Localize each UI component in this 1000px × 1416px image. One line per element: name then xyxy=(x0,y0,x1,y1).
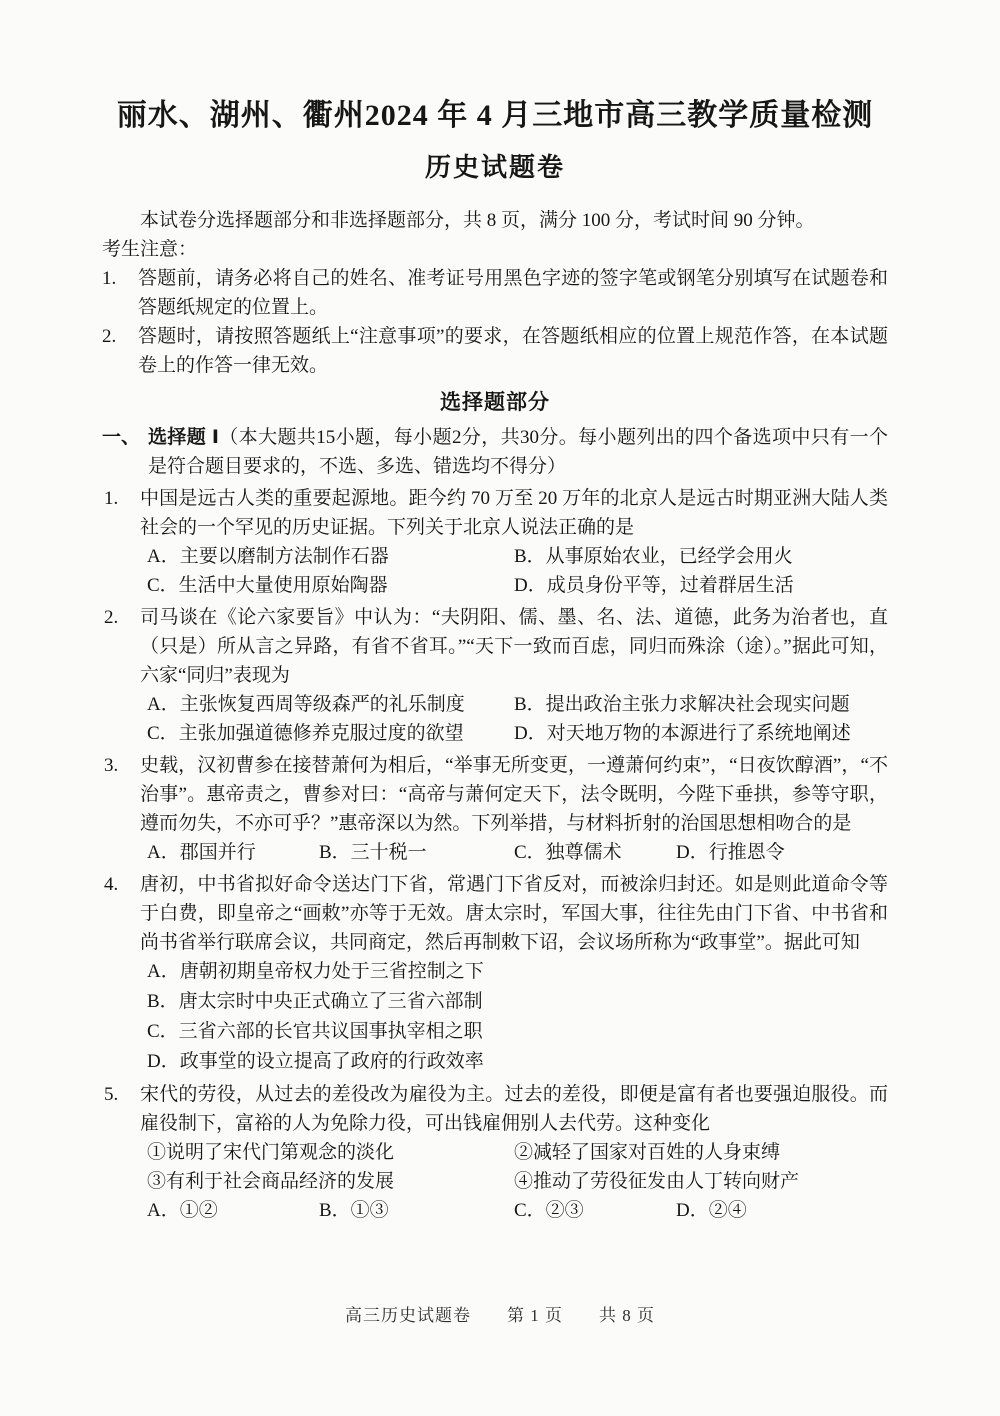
question-5: 5. 宋代的劳役，从过去的差役改为雇役为主。过去的差役，即便是富有者也要强迫服役… xyxy=(102,1080,888,1225)
section-label: 选择题 Ⅰ xyxy=(148,427,219,448)
question-body: 唐初，中书省拟好命令送达门下省，常遇门下省反对，而被涂归封还。如是则此道命令等于… xyxy=(140,870,888,1077)
candidate-notice: 考生注意： 1. 答题前，请务必将自己的姓名、准考证号用黑色字迹的签字笔或钢笔分… xyxy=(102,235,888,380)
section-description: 选择题 Ⅰ（本大题共15小题，每小题2分，共30分。每小题列出的四个备选项中只有… xyxy=(148,423,888,481)
question-number: 2. xyxy=(102,603,140,632)
option-d: D．②④ xyxy=(676,1196,888,1225)
option-d: D．对天地万物的本源进行了系统地阐述 xyxy=(514,719,888,748)
option-b: B．唐太宗时中央正式确立了三省六部制 xyxy=(147,987,888,1017)
question-number: 5. xyxy=(102,1080,140,1109)
exam-intro: 本试卷分选择题部分和非选择题部分，共 8 页，满分 100 分，考试时间 90 … xyxy=(102,206,888,235)
question-stem: 中国是远古人类的重要起源地。距今约 70 万至 20 万年的北京人是远古时期亚洲… xyxy=(140,484,888,542)
question-substatements: ①说明了宋代门第观念的淡化 ②减轻了国家对百姓的人身束缚 ③有利于社会商品经济的… xyxy=(140,1138,888,1196)
question-body: 宋代的劳役，从过去的差役改为雇役为主。过去的差役，即便是富有者也要强迫服役。而雇… xyxy=(140,1080,888,1225)
option-c: C．生活中大量使用原始陶器 xyxy=(147,571,514,600)
exam-paper-page: 丽水、湖州、衢州2024 年 4 月三地市高三教学质量检测 历史试题卷 本试卷分… xyxy=(0,0,1000,1416)
exam-title: 丽水、湖州、衢州2024 年 4 月三地市高三教学质量检测 xyxy=(102,96,888,136)
option-d: D．成员身份平等，过着群居生活 xyxy=(514,571,888,600)
option-a: A．主张恢复西周等级森严的礼乐制度 xyxy=(147,690,514,719)
question-number: 4. xyxy=(102,870,140,899)
question-options: A．郡国并行 B．三十税一 C．独尊儒术 D．行推恩令 xyxy=(140,838,888,867)
option-c: C．独尊儒术 xyxy=(514,838,676,867)
question-body: 史载，汉初曹参在接替萧何为相后，“举事无所变更，一遵萧何约束”，“日夜饮醇酒”，… xyxy=(140,751,888,867)
option-b: B．①③ xyxy=(319,1196,514,1225)
option-d: D．政事堂的设立提高了政府的行政效率 xyxy=(147,1047,888,1077)
section-intro: 一、 选择题 Ⅰ（本大题共15小题，每小题2分，共30分。每小题列出的四个备选项… xyxy=(102,423,888,481)
question-options: A．唐朝初期皇帝权力处于三省控制之下 B．唐太宗时中央正式确立了三省六部制 C．… xyxy=(140,957,888,1077)
question-stem: 唐初，中书省拟好命令送达门下省，常遇门下省反对，而被涂归封还。如是则此道命令等于… xyxy=(140,870,888,957)
notice-item-text: 答题时，请按照答题纸上“注意事项”的要求，在答题纸相应的位置上规范作答，在本试题… xyxy=(138,322,888,380)
question-number: 1. xyxy=(102,484,140,513)
notice-item-number: 2. xyxy=(102,322,138,351)
exam-subtitle: 历史试题卷 xyxy=(102,150,888,186)
question-body: 司马谈在《论六家要旨》中认为：“夫阴阳、儒、墨、名、法、道德，此务为治者也，直（… xyxy=(140,603,888,748)
question-stem: 史载，汉初曹参在接替萧何为相后，“举事无所变更，一遵萧何约束”，“日夜饮醇酒”，… xyxy=(140,751,888,838)
notice-item-2: 2. 答题时，请按照答题纸上“注意事项”的要求，在答题纸相应的位置上规范作答，在… xyxy=(102,322,888,380)
notice-item-number: 1. xyxy=(102,264,138,293)
question-options: A．①② B．①③ C．②③ D．②④ xyxy=(140,1196,888,1225)
option-a: A．唐朝初期皇帝权力处于三省控制之下 xyxy=(147,957,888,987)
question-options: A．主张恢复西周等级森严的礼乐制度 B．提出政治主张力求解决社会现实问题 C．主… xyxy=(140,690,888,748)
question-stem: 司马谈在《论六家要旨》中认为：“夫阴阳、儒、墨、名、法、道德，此务为治者也，直（… xyxy=(140,603,888,690)
notice-item-text: 答题前，请务必将自己的姓名、准考证号用黑色字迹的签字笔或钢笔分别填写在试题卷和答… xyxy=(138,264,888,322)
substatement-2: ②减轻了国家对百姓的人身束缚 xyxy=(514,1138,888,1167)
section-number: 一、 xyxy=(102,423,148,452)
question-number: 3. xyxy=(102,751,140,780)
page-footer: 高三历史试题卷 第 1 页 共 8 页 xyxy=(0,1301,1000,1330)
option-b: B．三十税一 xyxy=(319,838,514,867)
option-c: C．三省六部的长官共议国事执宰相之职 xyxy=(147,1017,888,1047)
option-d: D．行推恩令 xyxy=(676,838,888,867)
question-3: 3. 史载，汉初曹参在接替萧何为相后，“举事无所变更，一遵萧何约束”，“日夜饮醇… xyxy=(102,751,888,867)
substatement-1: ①说明了宋代门第观念的淡化 xyxy=(147,1138,514,1167)
notice-item-1: 1. 答题前，请务必将自己的姓名、准考证号用黑色字迹的签字笔或钢笔分别填写在试题… xyxy=(102,264,888,322)
question-options: A．主要以磨制方法制作石器 B．从事原始农业，已经学会用火 C．生活中大量使用原… xyxy=(140,542,888,600)
option-b: B．提出政治主张力求解决社会现实问题 xyxy=(514,690,888,719)
option-c: C．②③ xyxy=(514,1196,676,1225)
question-1: 1. 中国是远古人类的重要起源地。距今约 70 万至 20 万年的北京人是远古时… xyxy=(102,484,888,600)
option-a: A．①② xyxy=(147,1196,319,1225)
section-heading: 选择题部分 xyxy=(102,387,888,419)
section-rules: （本大题共15小题，每小题2分，共30分。每小题列出的四个备选项中只有一个是符合… xyxy=(148,427,888,477)
substatement-4: ④推动了劳役征发由人丁转向财产 xyxy=(514,1167,888,1196)
option-b: B．从事原始农业，已经学会用火 xyxy=(514,542,888,571)
question-body: 中国是远古人类的重要起源地。距今约 70 万至 20 万年的北京人是远古时期亚洲… xyxy=(140,484,888,600)
question-stem: 宋代的劳役，从过去的差役改为雇役为主。过去的差役，即便是富有者也要强迫服役。而雇… xyxy=(140,1080,888,1138)
option-c: C．主张加强道德修养克服过度的欲望 xyxy=(147,719,514,748)
question-2: 2. 司马谈在《论六家要旨》中认为：“夫阴阳、儒、墨、名、法、道德，此务为治者也… xyxy=(102,603,888,748)
question-4: 4. 唐初，中书省拟好命令送达门下省，常遇门下省反对，而被涂归封还。如是则此道命… xyxy=(102,870,888,1077)
option-a: A．郡国并行 xyxy=(147,838,319,867)
substatement-3: ③有利于社会商品经济的发展 xyxy=(147,1167,514,1196)
notice-heading: 考生注意： xyxy=(102,235,888,264)
option-a: A．主要以磨制方法制作石器 xyxy=(147,542,514,571)
